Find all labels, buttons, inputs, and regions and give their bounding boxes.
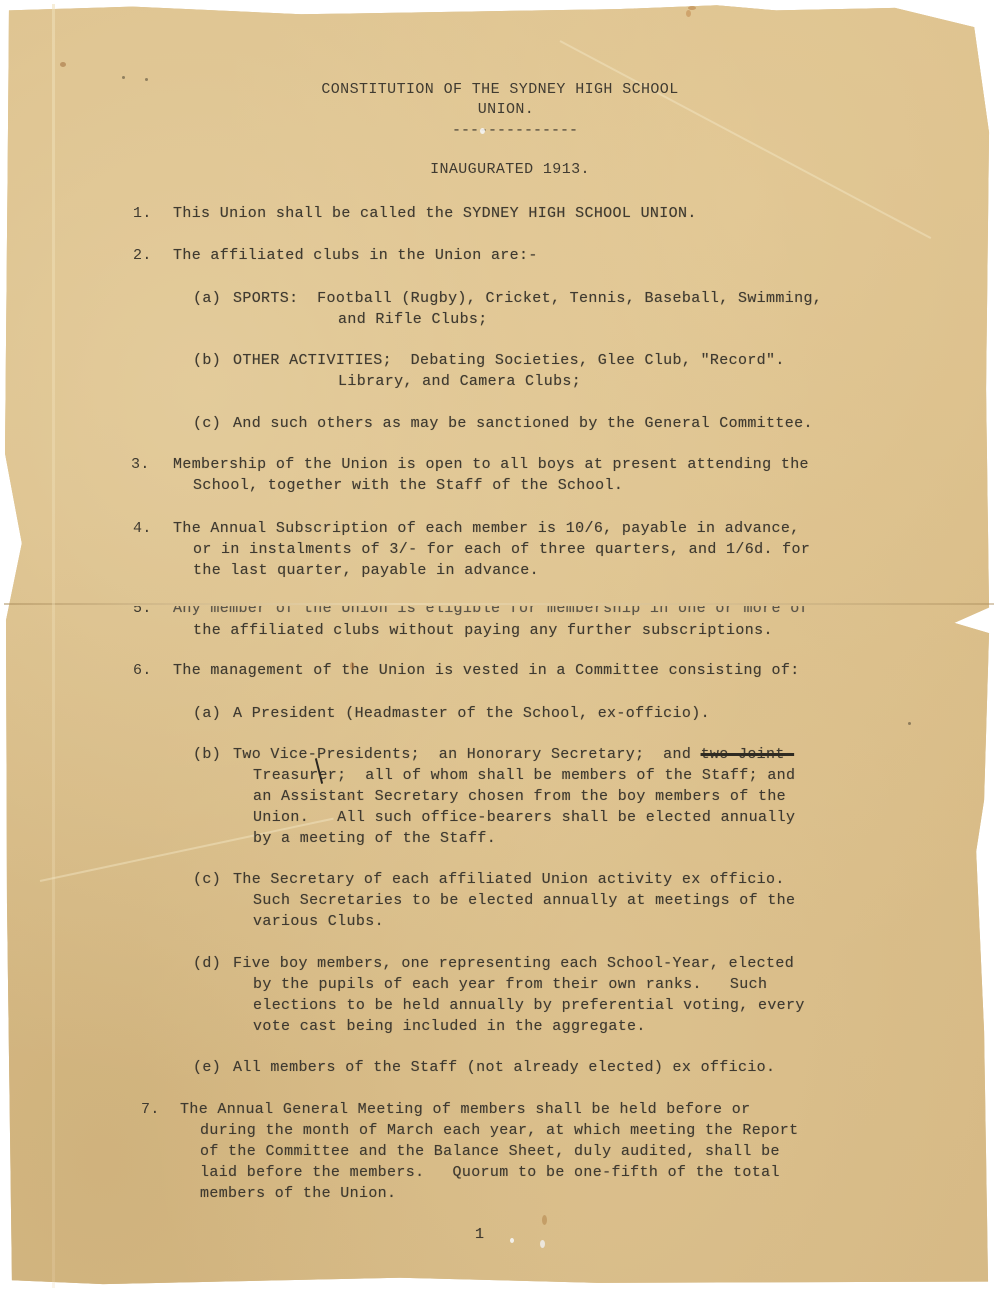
struck-through-text: two Joint- xyxy=(701,746,795,763)
subclause-label: (a) xyxy=(193,704,221,725)
clause-4-line1: The Annual Subscription of each member i… xyxy=(173,519,800,540)
clause-1-text: This Union shall be called the SYDNEY HI… xyxy=(173,204,697,225)
horizontal-fold-crease xyxy=(4,603,994,605)
subclause-6b-line4: Union. All such office-bearers shall be … xyxy=(253,808,795,829)
subclause-6b-line5: by a meeting of the Staff. xyxy=(253,829,496,850)
subclause-label: (d) xyxy=(193,954,221,975)
clause-3-line1: Membership of the Union is open to all b… xyxy=(173,455,809,476)
subtitle-block: INAUGURATED 1913. xyxy=(0,160,1000,180)
clause-number: 7. xyxy=(141,1100,160,1121)
subclause-6b-line3: an Assistant Secretary chosen from the b… xyxy=(253,787,786,808)
subclause-2a-line2: and Rifle Clubs; xyxy=(338,310,488,331)
document-header: CONSTITUTION OF THE SYDNEY HIGH SCHOOL U… xyxy=(0,80,1000,139)
subclause-2b-line1: OTHER ACTIVITIES; Debating Societies, Gl… xyxy=(233,351,785,372)
subclause-2a-line1: SPORTS: Football (Rugby), Cricket, Tenni… xyxy=(233,289,822,310)
subclause-6c-line2: Such Secretaries to be elected annually … xyxy=(253,891,795,912)
clause-7-line3: of the Committee and the Balance Sheet, … xyxy=(200,1142,780,1163)
subclause-6b-line1-text: Two Vice-Presidents; an Honorary Secreta… xyxy=(233,746,701,763)
subclause-6b-line2: Treasurer; all of whom shall be members … xyxy=(253,766,795,787)
document-title-line1: CONSTITUTION OF THE SYDNEY HIGH SCHOOL xyxy=(0,80,1000,100)
subclause-label: (b) xyxy=(193,745,221,766)
clause-7-line2: during the month of March each year, at … xyxy=(200,1121,799,1142)
ink-speck xyxy=(145,78,148,81)
subclause-label: (c) xyxy=(193,414,221,435)
paper-hole xyxy=(510,1238,514,1243)
ink-speck xyxy=(908,722,911,725)
subclause-2c-text: And such others as may be sanctioned by … xyxy=(233,414,813,435)
clause-4-line2: or in instalments of 3/- for each of thr… xyxy=(193,540,810,561)
subclause-label: (b) xyxy=(193,351,221,372)
clause-6-text: The management of the Union is vested in… xyxy=(173,661,800,682)
title-separator: -------------- xyxy=(0,122,1000,139)
ink-speck xyxy=(122,76,125,79)
clause-7-line4: laid before the members. Quorum to be on… xyxy=(200,1163,780,1184)
clause-7-line1: The Annual General Meeting of members sh… xyxy=(180,1100,750,1121)
inauguration-date: INAUGURATED 1913. xyxy=(0,160,1000,180)
page-number: 1 xyxy=(475,1225,484,1246)
clause-4-line3: the last quarter, payable in advance. xyxy=(193,561,539,582)
clause-2-text: The affiliated clubs in the Union are:- xyxy=(173,246,538,267)
subclause-6d-line1: Five boy members, one representing each … xyxy=(233,954,794,975)
stain-spot xyxy=(686,10,691,17)
clause-3-line2: School, together with the Staff of the S… xyxy=(193,476,623,497)
document-title-line2: UNION. xyxy=(0,100,1000,120)
subclause-2b-line2: Library, and Camera Clubs; xyxy=(338,372,581,393)
subclause-6a-text: A President (Headmaster of the School, e… xyxy=(233,704,710,725)
subclause-6c-line1: The Secretary of each affiliated Union a… xyxy=(233,870,785,891)
clause-5-line2: the affiliated clubs without paying any … xyxy=(193,621,773,642)
subclause-6d-line2: by the pupils of each year from their ow… xyxy=(253,975,767,996)
stain-spot xyxy=(542,1215,547,1225)
clause-number: 4. xyxy=(133,519,152,540)
stain-spot xyxy=(350,662,354,670)
stain-spot xyxy=(60,62,66,67)
subclause-6e-text: All members of the Staff (not already el… xyxy=(233,1058,775,1079)
paper-hole xyxy=(540,1240,545,1248)
subclause-6d-line4: vote cast being included in the aggregat… xyxy=(253,1017,646,1038)
paper-sheet xyxy=(4,4,994,1288)
clause-number: 3. xyxy=(131,455,150,476)
clause-number: 6. xyxy=(133,661,152,682)
clause-number: 2. xyxy=(133,246,152,267)
subclause-label: (a) xyxy=(193,289,221,310)
subclause-label: (c) xyxy=(193,870,221,891)
clause-number: 1. xyxy=(133,204,152,225)
clause-7-line5: members of the Union. xyxy=(200,1184,396,1205)
paper-hole xyxy=(480,128,485,134)
subclause-6d-line3: elections to be held annually by prefere… xyxy=(253,996,805,1017)
vertical-fold-crease xyxy=(52,4,55,1288)
stain-spot xyxy=(348,795,352,799)
subclause-label: (e) xyxy=(193,1058,221,1079)
subclause-6c-line3: various Clubs. xyxy=(253,912,384,933)
